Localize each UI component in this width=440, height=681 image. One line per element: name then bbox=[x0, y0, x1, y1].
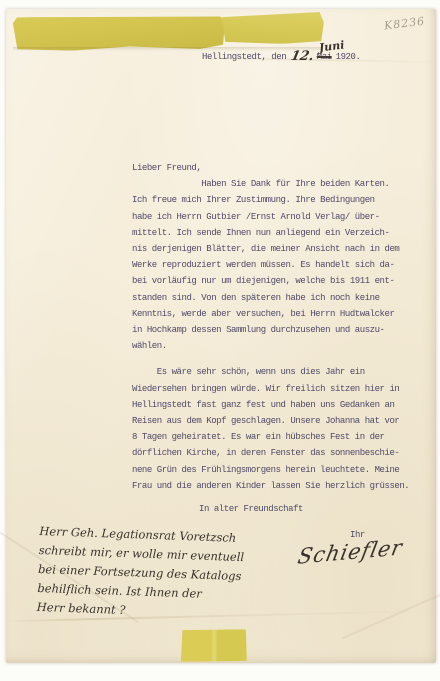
typed-line: Hellingstedt fast ganz fest und haben un… bbox=[132, 397, 432, 413]
dateline-day-handwritten: 12. bbox=[290, 49, 316, 64]
dateline: Hellingstedt, den12.MaiJuni1920. bbox=[202, 48, 360, 63]
tape-strip-top-left bbox=[13, 15, 225, 52]
typed-line: in Hochkamp dessen Sammlung durchzusehen… bbox=[132, 322, 432, 338]
typed-line: standen sind. Von den späteren habe ich … bbox=[132, 290, 432, 306]
typed-line: Haben Sie Dank für Ihre beiden Karten. bbox=[132, 176, 432, 192]
typed-line: Wiedersehen bringen würde. Wir freilich … bbox=[132, 381, 432, 397]
typed-line: Werke reproduziert werden müssen. Es han… bbox=[132, 257, 432, 273]
closing-line: In alter Freundschaft bbox=[199, 504, 303, 514]
tape-piece-bottom bbox=[181, 629, 247, 662]
salutation: Lieber Freund, bbox=[132, 160, 432, 176]
typed-line: mittelt. Ich sende Ihnen nun anliegend e… bbox=[132, 225, 432, 241]
typed-line: nis derjenigen Blätter, die meiner Ansic… bbox=[132, 241, 432, 257]
letter-body: Lieber Freund, Haben Sie Dank für Ihre b… bbox=[132, 160, 432, 494]
dateline-month: MaiJuni bbox=[317, 52, 332, 62]
typed-line: Ich freue mich Ihrer Zustimmung. Ihre Be… bbox=[132, 192, 432, 208]
dateline-place: Hellingstedt, den bbox=[202, 52, 286, 62]
typed-line: wählen. bbox=[132, 338, 432, 354]
typed-line: bei vorläufig nur um diejenigen, welche … bbox=[132, 273, 432, 289]
typed-line: Kenntnis, werde aber versuchen, bei Herr… bbox=[132, 306, 432, 322]
typed-line: nene Grün des Frühlingsmorgens herein le… bbox=[132, 462, 432, 478]
paper-crease bbox=[342, 581, 440, 640]
typed-line: dörflichen Kirche, in deren Fenster das … bbox=[132, 445, 432, 461]
paragraph-1: Haben Sie Dank für Ihre beiden Karten.Ic… bbox=[132, 176, 432, 354]
handwritten-annotation: Herr Geh. Legationsrat Voretzschschreibt… bbox=[36, 522, 271, 625]
typed-line: habe ich Herrn Gutbier /Ernst Arnold Ver… bbox=[132, 209, 432, 225]
typed-line: Frau und die anderen Kinder lassen Sie h… bbox=[132, 478, 432, 494]
scan-background: K8236 Hellingstedt, den12.MaiJuni1920. L… bbox=[0, 0, 440, 681]
typed-line: Es wäre sehr schön, wenn uns dies Jahr e… bbox=[132, 364, 432, 380]
typed-line: 8 Tagen geheiratet. Es war ein hübsches … bbox=[132, 429, 432, 445]
paragraph-2: Es wäre sehr schön, wenn uns dies Jahr e… bbox=[132, 364, 432, 494]
typed-line: Reisen aus dem Kopf geschlagen. Unsere J… bbox=[132, 413, 432, 429]
dateline-year: 1920. bbox=[336, 52, 361, 62]
tape-strip-top-right bbox=[222, 12, 325, 45]
